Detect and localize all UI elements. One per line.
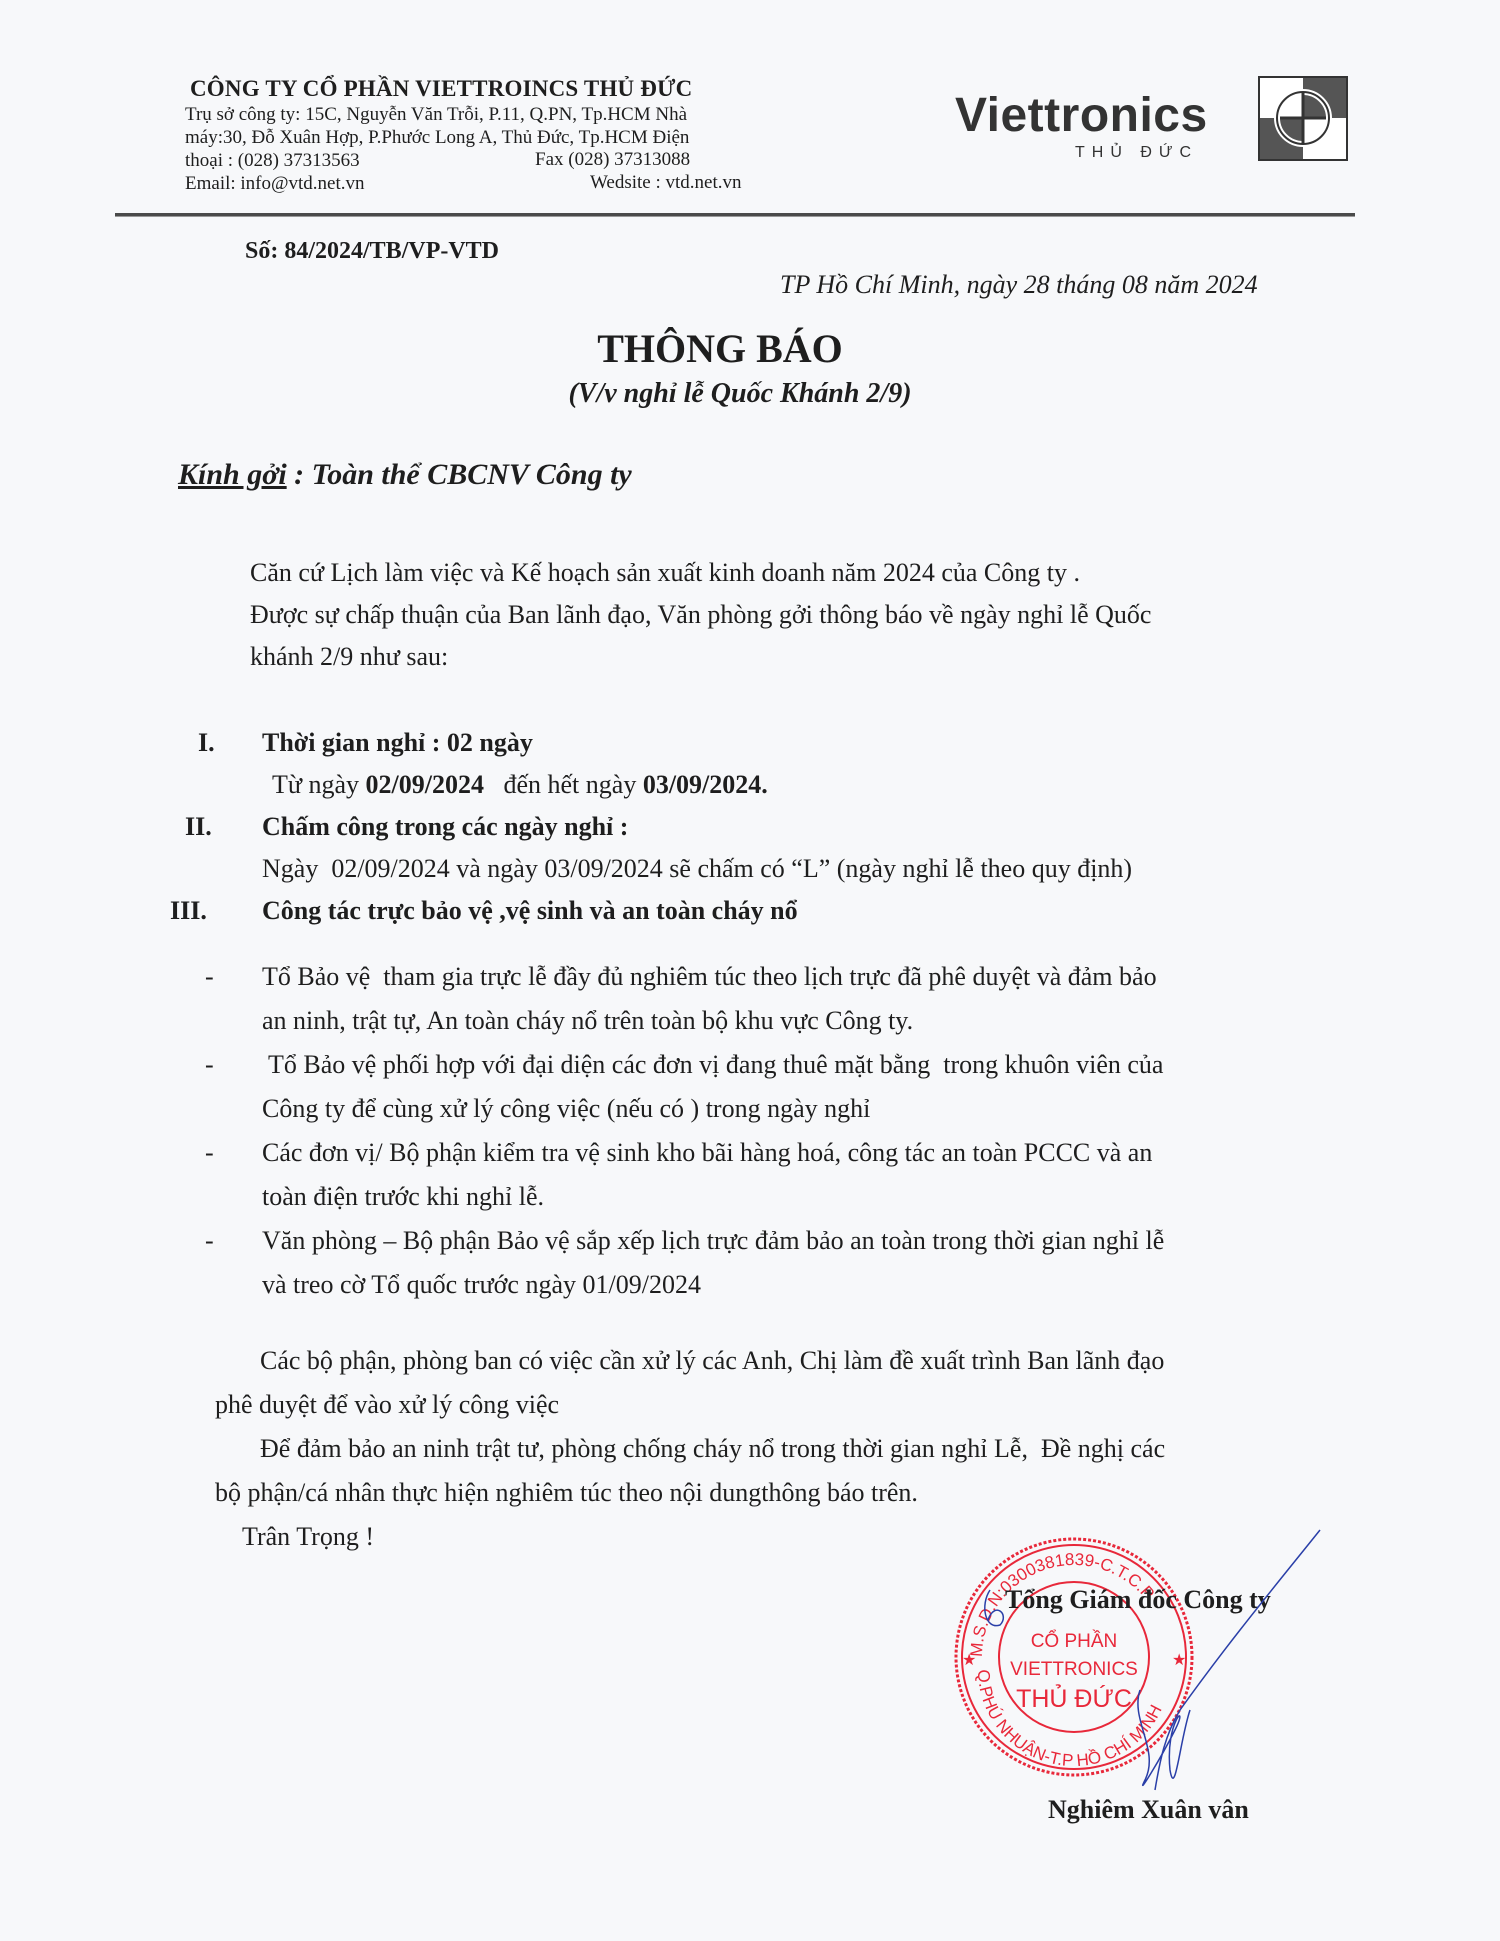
closing-line-1: Các bộ phận, phòng ban có việc cần xử lý… <box>260 1346 1164 1376</box>
bullet-3-line-1: Các đơn vị/ Bộ phận kiểm tra vệ sinh kho… <box>262 1138 1152 1168</box>
company-name: CÔNG TY CỔ PHẦN VIETTROINCS THỦ ĐỨC <box>190 76 692 102</box>
bullet-dash: - <box>205 1138 214 1168</box>
recipient-value: : Toàn thể CBCNV Công ty <box>287 458 632 491</box>
bullet-1-line-2: an ninh, trật tự, An toàn cháy nổ trên t… <box>262 1006 913 1036</box>
section-3-title: Công tác trực bảo vệ ,vệ sinh và an toàn… <box>262 896 798 926</box>
section-2-title: Chấm công trong các ngày nghỉ : <box>262 812 628 842</box>
header-divider <box>115 213 1355 217</box>
intro-line-1: Căn cứ Lịch làm việc và Kế hoạch sản xuấ… <box>250 558 1080 588</box>
bullet-2-line-1: Tổ Bảo vệ phối hợp với đại diện các đơn … <box>262 1050 1163 1080</box>
email: Email: info@vtd.net.vn <box>185 172 365 195</box>
section-1-title: Thời gian nghỉ : 02 ngày <box>262 728 533 758</box>
closing-signoff: Trân Trọng ! <box>242 1522 374 1552</box>
section-2-line: Ngày 02/09/2024 và ngày 03/09/2024 sẽ ch… <box>262 854 1132 884</box>
logo-wordmark: Viettronics <box>955 88 1208 143</box>
bullet-4-line-1: Văn phòng – Bộ phận Bảo vệ sắp xếp lịch … <box>262 1226 1164 1256</box>
logo-e-icon <box>1258 76 1348 161</box>
intro-line-2: Được sự chấp thuận của Ban lãnh đạo, Văn… <box>250 600 1151 630</box>
closing-line-2: phê duyệt để vào xử lý công việc <box>215 1390 559 1420</box>
bullet-dash: - <box>205 1226 214 1256</box>
place-date: TP Hồ Chí Minh, ngày 28 tháng 08 năm 202… <box>780 270 1258 300</box>
address-line-2: máy:30, Đỗ Xuân Hợp, P.Phước Long A, Thủ… <box>185 126 689 149</box>
document-number: Số: 84/2024/TB/VP-VTD <box>245 238 499 265</box>
section-2-number: II. <box>185 812 212 842</box>
document-subtitle: (V/v nghỉ lễ Quốc Khánh 2/9) <box>0 378 1500 410</box>
signatory-name: Nghiêm Xuân vân <box>1048 1795 1249 1825</box>
bullet-dash: - <box>205 1050 214 1080</box>
section-3-number: III. <box>170 896 207 926</box>
bullet-4-line-2: và treo cờ Tổ quốc trước ngày 01/09/2024 <box>262 1270 701 1300</box>
bullet-1-line-1: Tổ Bảo vệ tham gia trực lễ đầy đủ nghiêm… <box>262 962 1157 992</box>
recipient-label: Kính gởi <box>178 458 287 491</box>
handwritten-signature <box>960 1520 1340 1825</box>
address-line-1: Trụ sở công ty: 15C, Nguyễn Văn Trỗi, P.… <box>185 103 687 126</box>
document-title: THÔNG BÁO <box>0 325 1500 372</box>
website: Wedsite : vtd.net.vn <box>590 172 742 194</box>
intro-line-3: khánh 2/9 như sau: <box>250 642 448 672</box>
recipient: Kính gởi : Toàn thể CBCNV Công ty <box>178 458 632 492</box>
bullet-3-line-2: toàn điện trước khi nghỉ lễ. <box>262 1182 544 1212</box>
phone: thoại : (028) 37313563 <box>185 149 360 172</box>
logo-subtext: THỦ ĐỨC <box>1075 144 1198 162</box>
closing-line-3: Để đảm bảo an ninh trật tư, phòng chống … <box>260 1434 1165 1464</box>
fax: Fax (028) 37313088 <box>535 149 690 171</box>
closing-line-4: bộ phận/cá nhân thực hiện nghiêm túc the… <box>215 1478 918 1508</box>
bullet-dash: - <box>205 962 214 992</box>
section-1-line: Từ ngày 02/09/2024 đến hết ngày 03/09/20… <box>272 770 768 800</box>
section-1-number: I. <box>198 728 215 758</box>
bullet-2-line-2: Công ty để cùng xử lý công việc (nếu có … <box>262 1094 870 1124</box>
